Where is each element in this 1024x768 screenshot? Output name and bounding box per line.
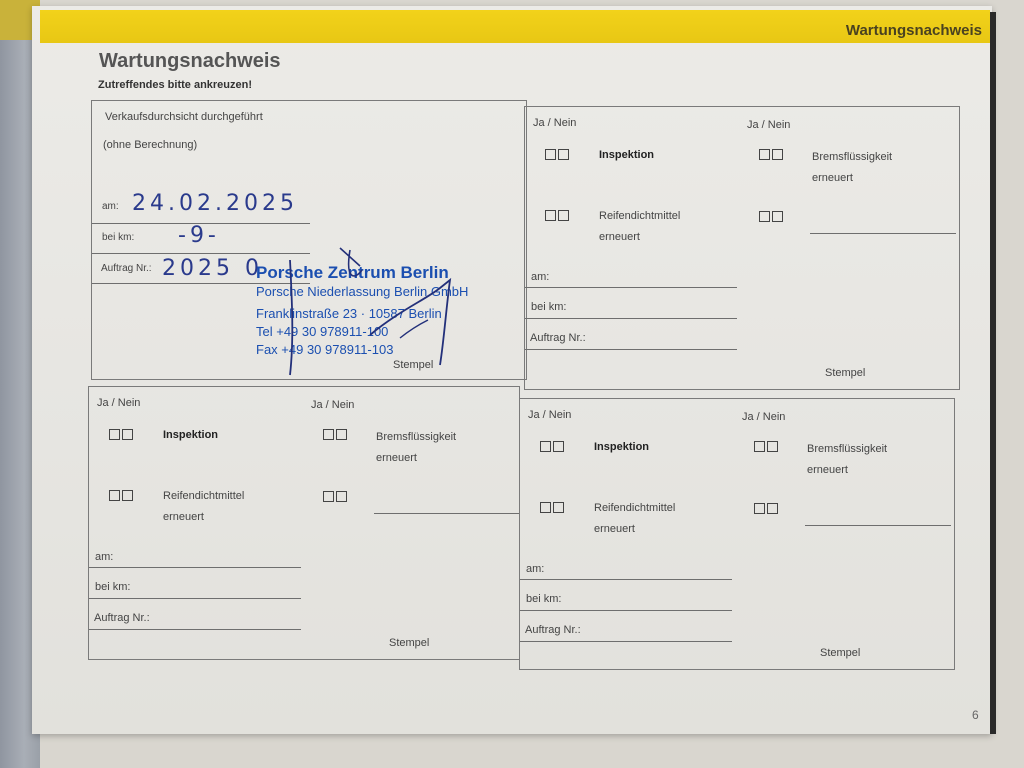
am-label: am:	[526, 563, 544, 575]
item-reifendichtmittel: Reifendichtmittel	[594, 502, 675, 514]
inspektion-checkboxes	[540, 441, 564, 452]
checkbox-nein[interactable]	[767, 503, 778, 514]
item-inspektion: Inspektion	[599, 149, 654, 161]
ja-nein-header-right: Ja / Nein	[747, 119, 790, 131]
checkbox-ja[interactable]	[754, 441, 765, 452]
am-label: am:	[102, 201, 119, 212]
reifendichtmittel-checkboxes	[540, 502, 564, 513]
reifendichtmittel-checkboxes	[109, 490, 133, 501]
checkbox-ja[interactable]	[323, 491, 334, 502]
bremsfluessigkeit-checkboxes	[759, 149, 783, 160]
auftrag-field[interactable]	[89, 629, 301, 630]
checkbox-nein[interactable]	[772, 211, 783, 222]
first-entry-heading: Verkaufsdurchsicht durchgeführt	[105, 111, 263, 123]
auftrag-label: Auftrag Nr.:	[94, 612, 150, 624]
checkbox-nein[interactable]	[772, 149, 783, 160]
bremsfluessigkeit-checkboxes	[323, 429, 347, 440]
stempel-label: Stempel	[820, 647, 860, 659]
bremsfluessigkeit-checkboxes	[754, 441, 778, 452]
km-field[interactable]	[525, 318, 737, 319]
checkbox-nein[interactable]	[336, 429, 347, 440]
item-reifendichtmittel-sub: erneuert	[594, 523, 635, 535]
page-subtitle: Zutreffendes bitte ankreuzen!	[98, 79, 252, 91]
inspektion-checkboxes	[545, 149, 569, 160]
band-title: Wartungsnachweis	[846, 22, 982, 39]
inspektion-checkboxes	[109, 429, 133, 440]
item-bremsfluessigkeit-sub: erneuert	[812, 172, 853, 184]
item-bremsfluessigkeit: Bremsflüssigkeit	[807, 443, 887, 455]
item-bremsfluessigkeit-sub: erneuert	[376, 452, 417, 464]
page-title: Wartungsnachweis	[99, 50, 281, 73]
stempel-label: Stempel	[825, 367, 865, 379]
service-block-top-right: Ja / Nein Ja / Nein Inspektion Bremsflüs…	[524, 106, 960, 390]
custom-item-checkboxes	[323, 491, 347, 502]
checkbox-nein[interactable]	[122, 490, 133, 501]
item-reifendichtmittel-sub: erneuert	[163, 511, 204, 523]
item-bremsfluessigkeit-sub: erneuert	[807, 464, 848, 476]
checkbox-nein[interactable]	[558, 149, 569, 160]
am-field[interactable]	[520, 579, 732, 580]
checkbox-ja[interactable]	[323, 429, 334, 440]
checkbox-ja[interactable]	[545, 149, 556, 160]
item-bremsfluessigkeit: Bremsflüssigkeit	[812, 151, 892, 163]
reifendichtmittel-checkboxes	[545, 210, 569, 221]
km-label: bei km:	[95, 581, 130, 593]
first-entry-note: (ohne Berechnung)	[103, 139, 197, 151]
am-value[interactable]: 24.02.2025	[132, 191, 298, 216]
am-field[interactable]	[525, 287, 737, 288]
checkbox-ja[interactable]	[754, 503, 765, 514]
km-field[interactable]	[520, 610, 732, 611]
item-inspektion: Inspektion	[163, 429, 218, 441]
item-reifendichtmittel-sub: erneuert	[599, 231, 640, 243]
auftrag-label: Auftrag Nr.:	[530, 332, 586, 344]
checkbox-nein[interactable]	[558, 210, 569, 221]
auftrag-label: Auftrag Nr.:	[525, 624, 581, 636]
ja-nein-header-right: Ja / Nein	[742, 411, 785, 423]
auftrag-value[interactable]: 2025 0	[162, 256, 263, 281]
am-field[interactable]	[89, 567, 301, 568]
ja-nein-header-left: Ja / Nein	[97, 397, 140, 409]
auftrag-field[interactable]	[525, 349, 737, 350]
item-reifendichtmittel: Reifendichtmittel	[599, 210, 680, 222]
custom-item-line[interactable]	[374, 513, 520, 514]
checkbox-nein[interactable]	[767, 441, 778, 452]
auftrag-field[interactable]	[520, 641, 732, 642]
item-reifendichtmittel: Reifendichtmittel	[163, 490, 244, 502]
checkbox-ja[interactable]	[109, 490, 120, 501]
km-value[interactable]: -9-	[178, 223, 220, 248]
ja-nein-header-left: Ja / Nein	[533, 117, 576, 129]
km-label: bei km:	[102, 232, 134, 243]
ja-nein-header-left: Ja / Nein	[528, 409, 571, 421]
am-label: am:	[531, 271, 549, 283]
item-bremsfluessigkeit: Bremsflüssigkeit	[376, 431, 456, 443]
item-inspektion: Inspektion	[594, 441, 649, 453]
km-label: bei km:	[526, 593, 561, 605]
page-edge-shadow	[990, 12, 996, 734]
service-block-bottom-right: Ja / Nein Ja / Nein Inspektion Bremsflüs…	[519, 398, 955, 670]
service-block-bottom-left: Ja / Nein Ja / Nein Inspektion Bremsflüs…	[88, 386, 520, 660]
am-label: am:	[95, 551, 113, 563]
auftrag-label: Auftrag Nr.:	[101, 263, 152, 274]
checkbox-nein[interactable]	[122, 429, 133, 440]
page-number: 6	[972, 708, 979, 722]
custom-item-line[interactable]	[810, 233, 956, 234]
custom-item-line[interactable]	[805, 525, 951, 526]
custom-item-checkboxes	[759, 211, 783, 222]
km-label: bei km:	[531, 301, 566, 313]
checkbox-ja[interactable]	[759, 149, 770, 160]
checkbox-ja[interactable]	[540, 502, 551, 513]
checkbox-ja[interactable]	[540, 441, 551, 452]
checkbox-ja[interactable]	[109, 429, 120, 440]
km-field[interactable]	[89, 598, 301, 599]
checkbox-nein[interactable]	[553, 502, 564, 513]
checkbox-nein[interactable]	[553, 441, 564, 452]
ja-nein-header-right: Ja / Nein	[311, 399, 354, 411]
checkbox-ja[interactable]	[759, 211, 770, 222]
signature-scribble	[250, 240, 490, 380]
checkbox-nein[interactable]	[336, 491, 347, 502]
stempel-label: Stempel	[389, 637, 429, 649]
checkbox-ja[interactable]	[545, 210, 556, 221]
custom-item-checkboxes	[754, 503, 778, 514]
